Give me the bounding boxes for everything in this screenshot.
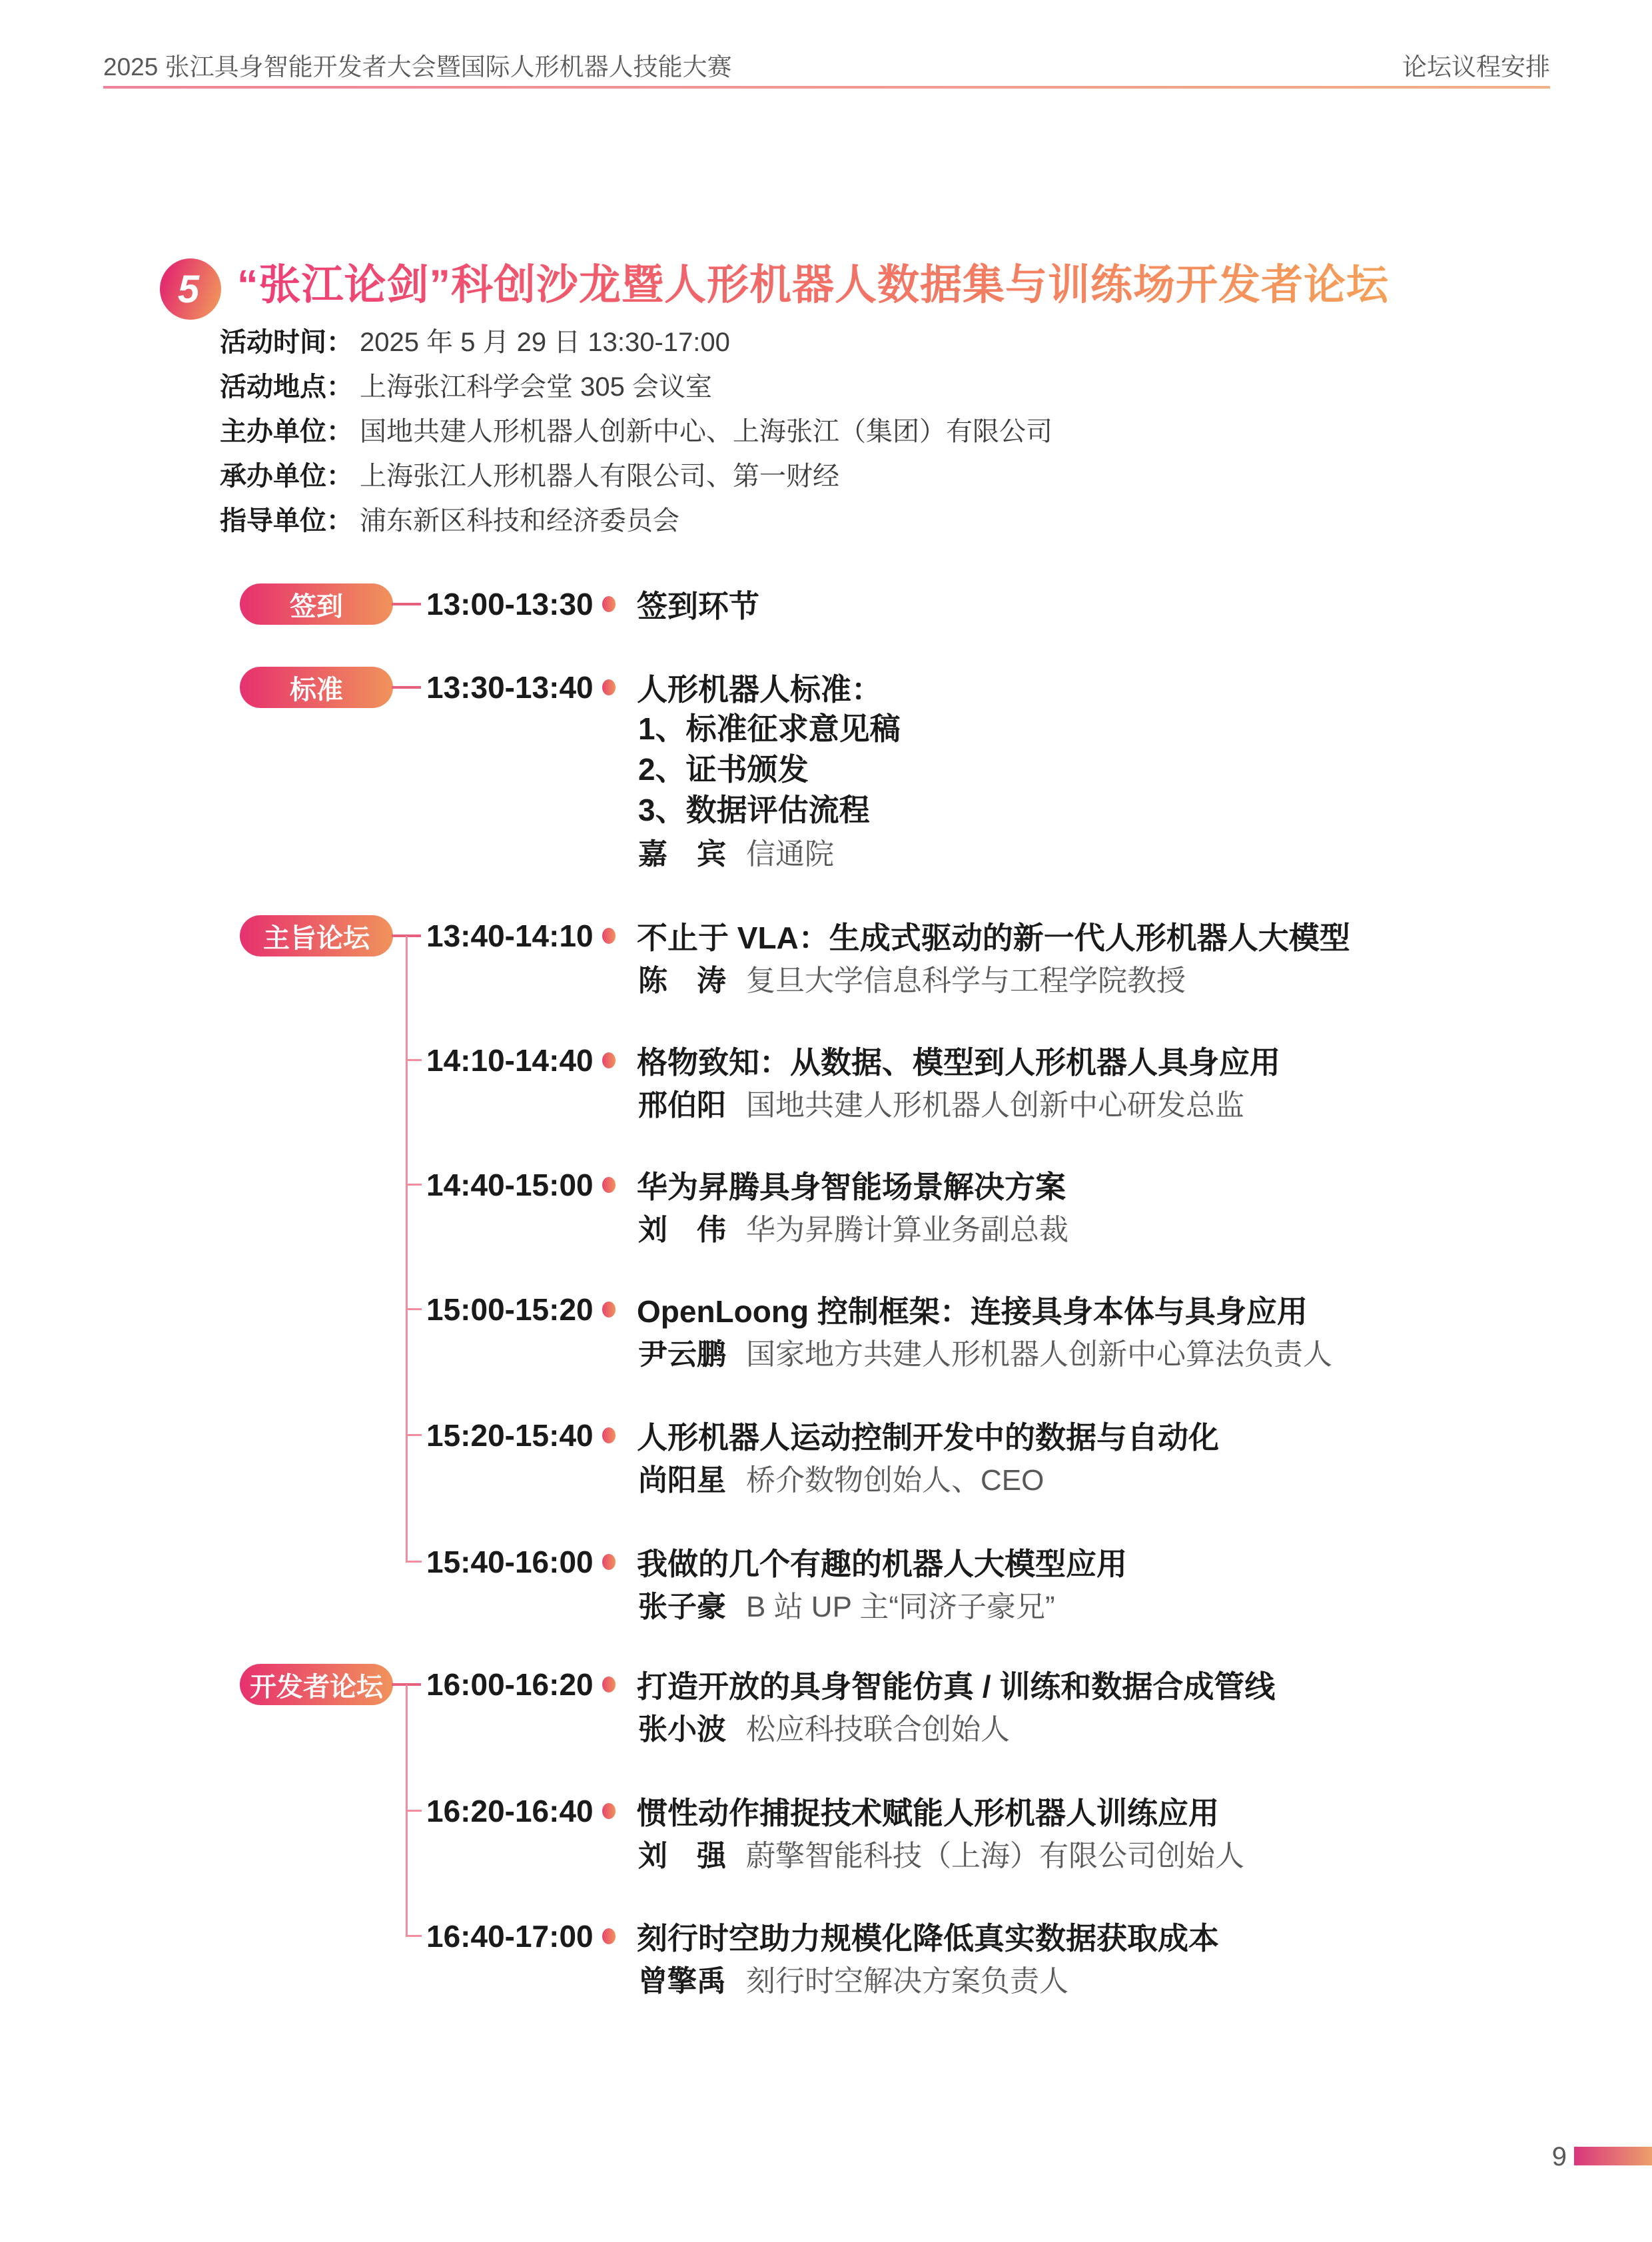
meta-value: 上海张江科学会堂 305 会议室 [360, 372, 712, 402]
bullet-dot-icon [602, 1928, 616, 1944]
meta-row-host: 主办单位：国地共建人形机器人创新中心、上海张江（集团）有限公司 [220, 410, 1052, 454]
speaker-affiliation: 蔚擎智能科技（上海）有限公司创始人 [746, 1832, 1244, 1874]
speaker-name: 尹云鹏 [638, 1330, 726, 1373]
speaker-name: 嘉 宾 [638, 830, 726, 873]
timeline-tick [406, 1561, 422, 1563]
timeline-vertical-line [406, 936, 408, 1563]
standards-detail-item: 3、数据评估流程 [638, 790, 901, 831]
speaker-name: 刘 强 [638, 1832, 726, 1874]
speaker-affiliation: 国地共建人形机器人创新中心研发总监 [746, 1081, 1244, 1124]
agenda-time: 13:30-13:40 [426, 669, 602, 705]
agenda-row: 13:40-14:10 不止于 VLA：生成式驱动的新一代人形机器人大模型 [426, 915, 1350, 956]
speaker-affiliation: 桥介数物创始人、CEO [746, 1456, 1044, 1499]
speaker-affiliation: 复旦大学信息科学与工程学院教授 [746, 956, 1186, 999]
forum-number-badge: 5 [160, 258, 221, 320]
timeline-tick [406, 1810, 422, 1812]
meta-block: 活动时间：2025 年 5 月 29 日 13:30-17:00 活动地点：上海… [220, 320, 1052, 544]
speaker-line: 尹云鹏 国家地方共建人形机器人创新中心算法负责人 [638, 1331, 1332, 1372]
agenda-time: 13:00-13:30 [426, 586, 602, 622]
timeline-connector [392, 686, 421, 689]
meta-row-guidance: 指导单位：浦东新区科技和经济委员会 [220, 499, 1052, 544]
speaker-name: 张子豪 [638, 1583, 726, 1625]
section-badge-standards: 标准 [240, 667, 393, 708]
timeline-tick [406, 1308, 422, 1310]
speaker-line: 陈 涛 复旦大学信息科学与工程学院教授 [638, 957, 1186, 998]
bullet-dot-icon [602, 1052, 616, 1068]
agenda-row: 15:00-15:20 OpenLoong 控制框架：连接具身本体与具身应用 [426, 1289, 1308, 1330]
agenda-item-title: 华为昇腾具身智能场景解决方案 [637, 1163, 1066, 1207]
bullet-dot-icon [602, 1554, 616, 1570]
agenda-item-title: 签到环节 [637, 582, 759, 626]
speaker-line: 尚阳星 桥介数物创始人、CEO [638, 1457, 1044, 1498]
header-divider [103, 86, 1550, 89]
header-event-title: 2025 张江具身智能开发者大会暨国际人形机器人技能大赛 [103, 53, 732, 81]
speaker-affiliation: 信通院 [746, 830, 834, 873]
speaker-affiliation: 华为昇腾计算业务副总裁 [746, 1206, 1068, 1248]
agenda-time: 16:00-16:20 [426, 1667, 602, 1702]
standards-detail-list: 1、标准征求意见稿 2、证书颁发 3、数据评估流程 [638, 709, 901, 831]
speaker-name: 张小波 [638, 1705, 726, 1748]
meta-label: 指导单位： [220, 506, 353, 536]
page-title: “张江论剑”科创沙龙暨人形机器人数据集与训练场开发者论坛 [237, 261, 1389, 309]
standards-detail-item: 1、标准征求意见稿 [638, 709, 901, 749]
speaker-name: 刘 伟 [638, 1206, 726, 1248]
page-number-accent-bar [1574, 2147, 1652, 2165]
agenda-item-title: 我做的几个有趣的机器人大模型应用 [637, 1540, 1127, 1584]
meta-label: 活动时间： [220, 328, 353, 357]
agenda-item-title: 人形机器人运动控制开发中的数据与自动化 [637, 1413, 1219, 1457]
meta-label: 承办单位： [220, 462, 353, 491]
speaker-name: 曾擎禹 [638, 1957, 726, 2000]
speaker-name: 陈 涛 [638, 956, 726, 999]
agenda-time: 16:40-17:00 [426, 1918, 602, 1954]
speaker-affiliation: 国家地方共建人形机器人创新中心算法负责人 [746, 1330, 1332, 1373]
timeline-tick [406, 1935, 422, 1937]
speaker-line: 嘉 宾 信通院 [638, 831, 834, 872]
bullet-dot-icon [602, 679, 616, 695]
timeline-tick [406, 1059, 422, 1061]
section-badge-keynote-forum: 主旨论坛 [240, 915, 393, 956]
timeline-tick [406, 1184, 422, 1186]
agenda-time: 15:00-15:20 [426, 1292, 602, 1327]
speaker-name: 尚阳星 [638, 1456, 726, 1499]
agenda-item-title: 打造开放的具身智能仿真 / 训练和数据合成管线 [637, 1663, 1275, 1706]
agenda-item-title: 刻行时空助力规模化降低真实数据获取成本 [637, 1914, 1219, 1958]
agenda-time: 16:20-16:40 [426, 1793, 602, 1829]
section-badge-checkin: 签到 [240, 583, 393, 625]
speaker-line: 邢伯阳 国地共建人形机器人创新中心研发总监 [638, 1082, 1244, 1123]
bullet-dot-icon [602, 1803, 616, 1819]
speaker-name: 邢伯阳 [638, 1081, 726, 1124]
agenda-row: 16:00-16:20 打造开放的具身智能仿真 / 训练和数据合成管线 [426, 1664, 1275, 1705]
bullet-dot-icon [602, 1427, 616, 1443]
meta-label: 活动地点： [220, 372, 353, 402]
speaker-line: 张小波 松应科技联合创始人 [638, 1706, 1010, 1747]
meta-value: 国地共建人形机器人创新中心、上海张江（集团）有限公司 [360, 417, 1052, 446]
speaker-affiliation: 刻行时空解决方案负责人 [746, 1957, 1068, 2000]
speaker-line: 张子豪 B 站 UP 主“同济子豪兄” [638, 1583, 1055, 1625]
section-badge-developer-forum: 开发者论坛 [240, 1664, 393, 1705]
agenda-row: 13:00-13:30 签到环节 [426, 583, 759, 625]
agenda-row: 15:40-16:00 我做的几个有趣的机器人大模型应用 [426, 1541, 1127, 1583]
agenda-row: 14:10-14:40 格物致知：从数据、模型到人形机器人具身应用 [426, 1040, 1280, 1081]
speaker-line: 曾擎禹 刻行时空解决方案负责人 [638, 1958, 1068, 1999]
agenda-item-title: 不止于 VLA：生成式驱动的新一代人形机器人大模型 [637, 914, 1350, 958]
agenda-time: 15:20-15:40 [426, 1417, 602, 1453]
agenda-page: 2025 张江具身智能开发者大会暨国际人形机器人技能大赛 论坛议程安排 5 “张… [0, 0, 1652, 2242]
meta-row-organizer: 承办单位：上海张江人形机器人有限公司、第一财经 [220, 454, 1052, 499]
bullet-dot-icon [602, 1177, 616, 1193]
speaker-affiliation: B 站 UP 主“同济子豪兄” [746, 1583, 1055, 1625]
speaker-line: 刘 伟 华为昇腾计算业务副总裁 [638, 1206, 1068, 1248]
bullet-dot-icon [602, 1677, 616, 1692]
meta-row-time: 活动时间：2025 年 5 月 29 日 13:30-17:00 [220, 320, 1052, 365]
agenda-row: 14:40-15:00 华为昇腾具身智能场景解决方案 [426, 1164, 1066, 1206]
meta-row-venue: 活动地点：上海张江科学会堂 305 会议室 [220, 365, 1052, 410]
meta-value: 上海张江人形机器人有限公司、第一财经 [360, 462, 839, 491]
agenda-time: 14:10-14:40 [426, 1042, 602, 1078]
agenda-row: 15:20-15:40 人形机器人运动控制开发中的数据与自动化 [426, 1415, 1219, 1456]
agenda-item-title: 格物致知：从数据、模型到人形机器人具身应用 [637, 1038, 1280, 1082]
agenda-time: 13:40-14:10 [426, 918, 602, 954]
agenda-row: 16:20-16:40 惯性动作捕捉技术赋能人形机器人训练应用 [426, 1790, 1219, 1832]
speaker-affiliation: 松应科技联合创始人 [746, 1705, 1010, 1748]
speaker-line: 刘 强 蔚擎智能科技（上海）有限公司创始人 [638, 1832, 1244, 1874]
meta-label: 主办单位： [220, 417, 353, 446]
page-number: 9 [1519, 2142, 1567, 2171]
agenda-row: 13:30-13:40 人形机器人标准： [426, 667, 882, 708]
standards-detail-item: 2、证书颁发 [638, 749, 901, 790]
agenda-row: 16:40-17:00 刻行时空助力规模化降低真实数据获取成本 [426, 1916, 1219, 1957]
agenda-item-title: 惯性动作捕捉技术赋能人形机器人训练应用 [637, 1789, 1219, 1833]
meta-value: 2025 年 5 月 29 日 13:30-17:00 [360, 328, 730, 357]
agenda-time: 14:40-15:00 [426, 1167, 602, 1203]
agenda-time: 15:40-16:00 [426, 1544, 602, 1580]
agenda-item-title: 人形机器人标准： [637, 665, 882, 709]
header-section-label: 论坛议程安排 [1402, 53, 1550, 81]
bullet-dot-icon [602, 1302, 616, 1317]
timeline-connector [392, 603, 421, 605]
meta-value: 浦东新区科技和经济委员会 [360, 506, 679, 536]
bullet-dot-icon [602, 596, 616, 612]
agenda-item-title: OpenLoong 控制框架：连接具身本体与具身应用 [637, 1288, 1308, 1331]
bullet-dot-icon [602, 928, 616, 944]
timeline-tick [406, 1434, 422, 1436]
